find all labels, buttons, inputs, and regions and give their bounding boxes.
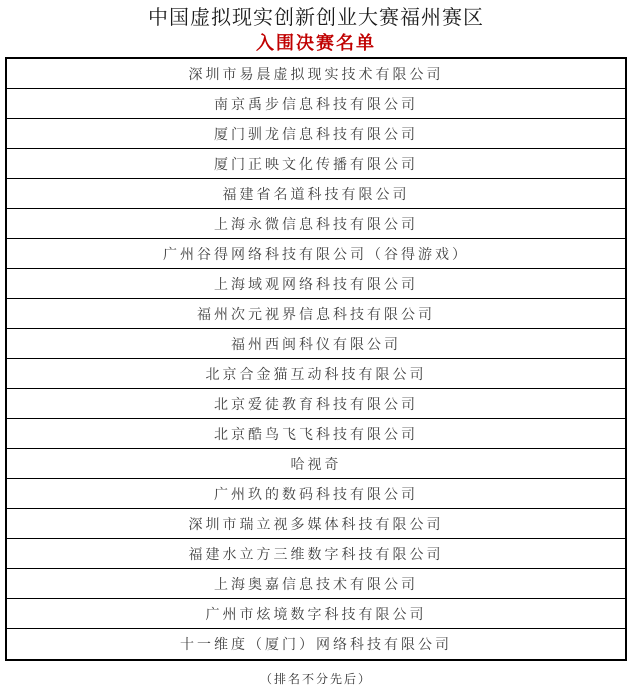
company-name: 北京合金猫互动科技有限公司 — [206, 364, 427, 384]
company-name: 深圳市瑞立视多媒体科技有限公司 — [189, 514, 444, 534]
company-name: 福州西闽科仪有限公司 — [231, 334, 401, 354]
table-row: 北京爱徒教育科技有限公司 — [7, 389, 625, 419]
table-row: 厦门驯龙信息科技有限公司 — [7, 119, 625, 149]
company-name: 南京禹步信息科技有限公司 — [214, 94, 418, 114]
company-name: 厦门驯龙信息科技有限公司 — [214, 124, 418, 144]
table-row: 上海域观网络科技有限公司 — [7, 269, 625, 299]
table-row: 哈视奇 — [7, 449, 625, 479]
table-row: 深圳市瑞立视多媒体科技有限公司 — [7, 509, 625, 539]
table-row: 深圳市易晨虚拟现实技术有限公司 — [7, 59, 625, 89]
company-name: 广州市炫境数字科技有限公司 — [206, 604, 427, 624]
company-name: 福建水立方三维数字科技有限公司 — [189, 544, 444, 564]
table-row: 南京禹步信息科技有限公司 — [7, 89, 625, 119]
company-name: 福州次元视界信息科技有限公司 — [197, 304, 435, 324]
table-row: 北京酷鸟飞飞科技有限公司 — [7, 419, 625, 449]
company-name: 十一维度（厦门）网络科技有限公司 — [180, 634, 452, 654]
table-row: 福州西闽科仪有限公司 — [7, 329, 625, 359]
table-row: 广州玖的数码科技有限公司 — [7, 479, 625, 509]
table-row: 福建省名道科技有限公司 — [7, 179, 625, 209]
table-row: 福建水立方三维数字科技有限公司 — [7, 539, 625, 569]
company-name: 哈视奇 — [291, 454, 342, 474]
company-name: 深圳市易晨虚拟现实技术有限公司 — [189, 64, 444, 84]
company-name: 上海奥嘉信息技术有限公司 — [214, 574, 418, 594]
table-row: 北京合金猫互动科技有限公司 — [7, 359, 625, 389]
table-row: 广州市炫境数字科技有限公司 — [7, 599, 625, 629]
company-name: 广州玖的数码科技有限公司 — [214, 484, 418, 504]
page-title: 中国虚拟现实创新创业大赛福州赛区 — [0, 5, 632, 31]
company-name: 北京酷鸟飞飞科技有限公司 — [214, 424, 418, 444]
footer-note: （排名不分先后） — [0, 670, 632, 685]
company-name: 福建省名道科技有限公司 — [223, 184, 410, 204]
page-subtitle: 入围决赛名单 — [0, 31, 632, 55]
table-row: 十一维度（厦门）网络科技有限公司 — [7, 629, 625, 659]
company-name: 北京爱徒教育科技有限公司 — [214, 394, 418, 414]
finalist-table: 深圳市易晨虚拟现实技术有限公司南京禹步信息科技有限公司厦门驯龙信息科技有限公司厦… — [5, 57, 627, 661]
table-row: 上海奥嘉信息技术有限公司 — [7, 569, 625, 599]
table-row: 厦门正映文化传播有限公司 — [7, 149, 625, 179]
table-row: 上海永微信息科技有限公司 — [7, 209, 625, 239]
table-row: 福州次元视界信息科技有限公司 — [7, 299, 625, 329]
document-page: 中国虚拟现实创新创业大赛福州赛区 入围决赛名单 深圳市易晨虚拟现实技术有限公司南… — [0, 0, 632, 685]
company-name: 上海永微信息科技有限公司 — [214, 214, 418, 234]
company-name: 上海域观网络科技有限公司 — [214, 274, 418, 294]
company-name: 厦门正映文化传播有限公司 — [214, 154, 418, 174]
company-name: 广州谷得网络科技有限公司（谷得游戏） — [163, 244, 469, 264]
table-row: 广州谷得网络科技有限公司（谷得游戏） — [7, 239, 625, 269]
